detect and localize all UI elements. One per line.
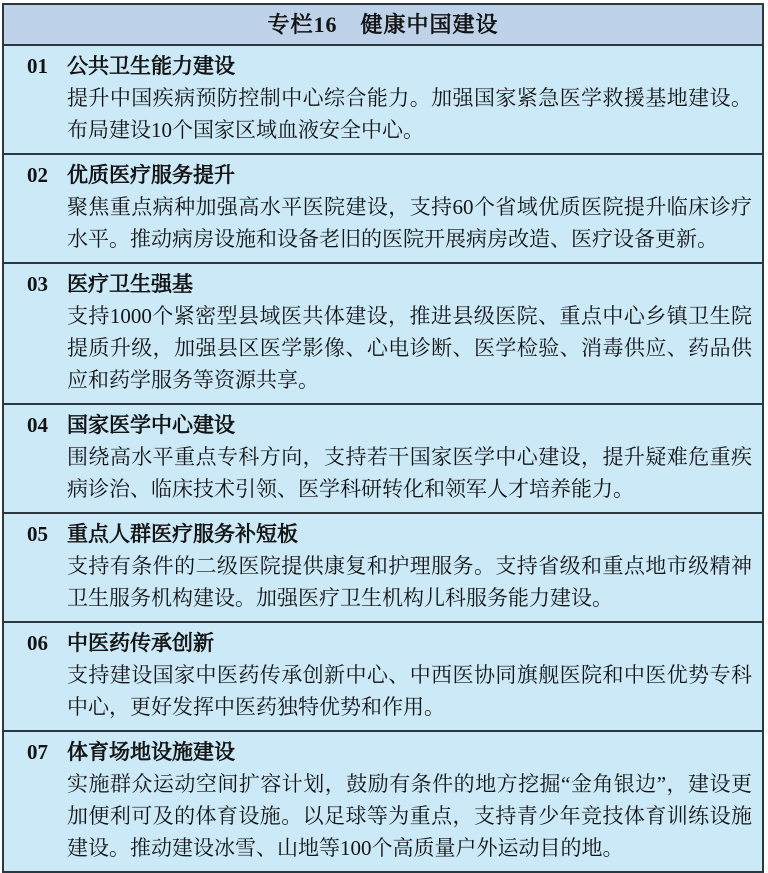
policy-box: 专栏16 健康中国建设 01公共卫生能力建设 提升中国疾病预防控制中心综合能力。… — [2, 3, 764, 873]
item-title: 中医药传承创新 — [67, 631, 214, 655]
item-body: 支持有条件的二级医院提供康复和护理服务。支持省级和重点地市级精神卫生服务机构建设… — [67, 550, 752, 614]
item-body: 围绕高水平重点专科方向，支持若干国家医学中心建设，提升疑难危重疾病诊治、临床技术… — [67, 441, 752, 505]
table-row: 02优质医疗服务提升 聚焦重点病种加强高水平医院建设，支持60个省域优质医院提升… — [4, 153, 762, 262]
item-number: 01 — [27, 50, 67, 82]
table-row: 05重点人群医疗服务补短板 支持有条件的二级医院提供康复和护理服务。支持省级和重… — [4, 512, 762, 621]
table-row: 01公共卫生能力建设 提升中国疾病预防控制中心综合能力。加强国家紧急医学救援基地… — [4, 44, 762, 153]
item-number: 04 — [27, 409, 67, 441]
item-heading: 04国家医学中心建设 — [27, 409, 752, 441]
item-heading: 05重点人群医疗服务补短板 — [27, 518, 752, 550]
item-title: 体育场地设施建设 — [67, 740, 235, 764]
item-number: 06 — [27, 627, 67, 659]
item-body: 提升中国疾病预防控制中心综合能力。加强国家紧急医学救援基地建设。布局建设10个国… — [67, 82, 752, 146]
table-row: 03医疗卫生强基 支持1000个紧密型县域医共体建设，推进县级医院、重点中心乡镇… — [4, 262, 762, 403]
item-title: 公共卫生能力建设 — [67, 54, 235, 78]
item-body: 支持建设国家中医药传承创新中心、中西医协同旗舰医院和中医优势专科中心，更好发挥中… — [67, 659, 752, 723]
item-number: 02 — [27, 159, 67, 191]
item-body: 支持1000个紧密型县域医共体建设，推进县级医院、重点中心乡镇卫生院提质升级，加… — [67, 300, 752, 396]
item-number: 05 — [27, 518, 67, 550]
item-heading: 07体育场地设施建设 — [27, 736, 752, 768]
item-title: 医疗卫生强基 — [67, 272, 193, 296]
item-title: 重点人群医疗服务补短板 — [67, 522, 298, 546]
item-body: 实施群众运动空间扩容计划，鼓励有条件的地方挖掘“金角银边”，建设更加便利可及的体… — [67, 768, 752, 864]
table-row: 06中医药传承创新 支持建设国家中医药传承创新中心、中西医协同旗舰医院和中医优势… — [4, 621, 762, 730]
table-row: 07体育场地设施建设 实施群众运动空间扩容计划，鼓励有条件的地方挖掘“金角银边”… — [4, 730, 762, 871]
document-page: 专栏16 健康中国建设 01公共卫生能力建设 提升中国疾病预防控制中心综合能力。… — [0, 0, 768, 862]
item-heading: 01公共卫生能力建设 — [27, 50, 752, 82]
table-row: 04国家医学中心建设 围绕高水平重点专科方向，支持若干国家医学中心建设，提升疑难… — [4, 403, 762, 512]
item-body: 聚焦重点病种加强高水平医院建设，支持60个省域优质医院提升临床诊疗水平。推动病房… — [67, 191, 752, 255]
item-number: 03 — [27, 268, 67, 300]
box-title: 专栏16 健康中国建设 — [4, 5, 762, 44]
item-title: 优质医疗服务提升 — [67, 163, 235, 187]
item-title: 国家医学中心建设 — [67, 413, 235, 437]
item-heading: 02优质医疗服务提升 — [27, 159, 752, 191]
item-heading: 06中医药传承创新 — [27, 627, 752, 659]
item-number: 07 — [27, 736, 67, 768]
item-heading: 03医疗卫生强基 — [27, 268, 752, 300]
